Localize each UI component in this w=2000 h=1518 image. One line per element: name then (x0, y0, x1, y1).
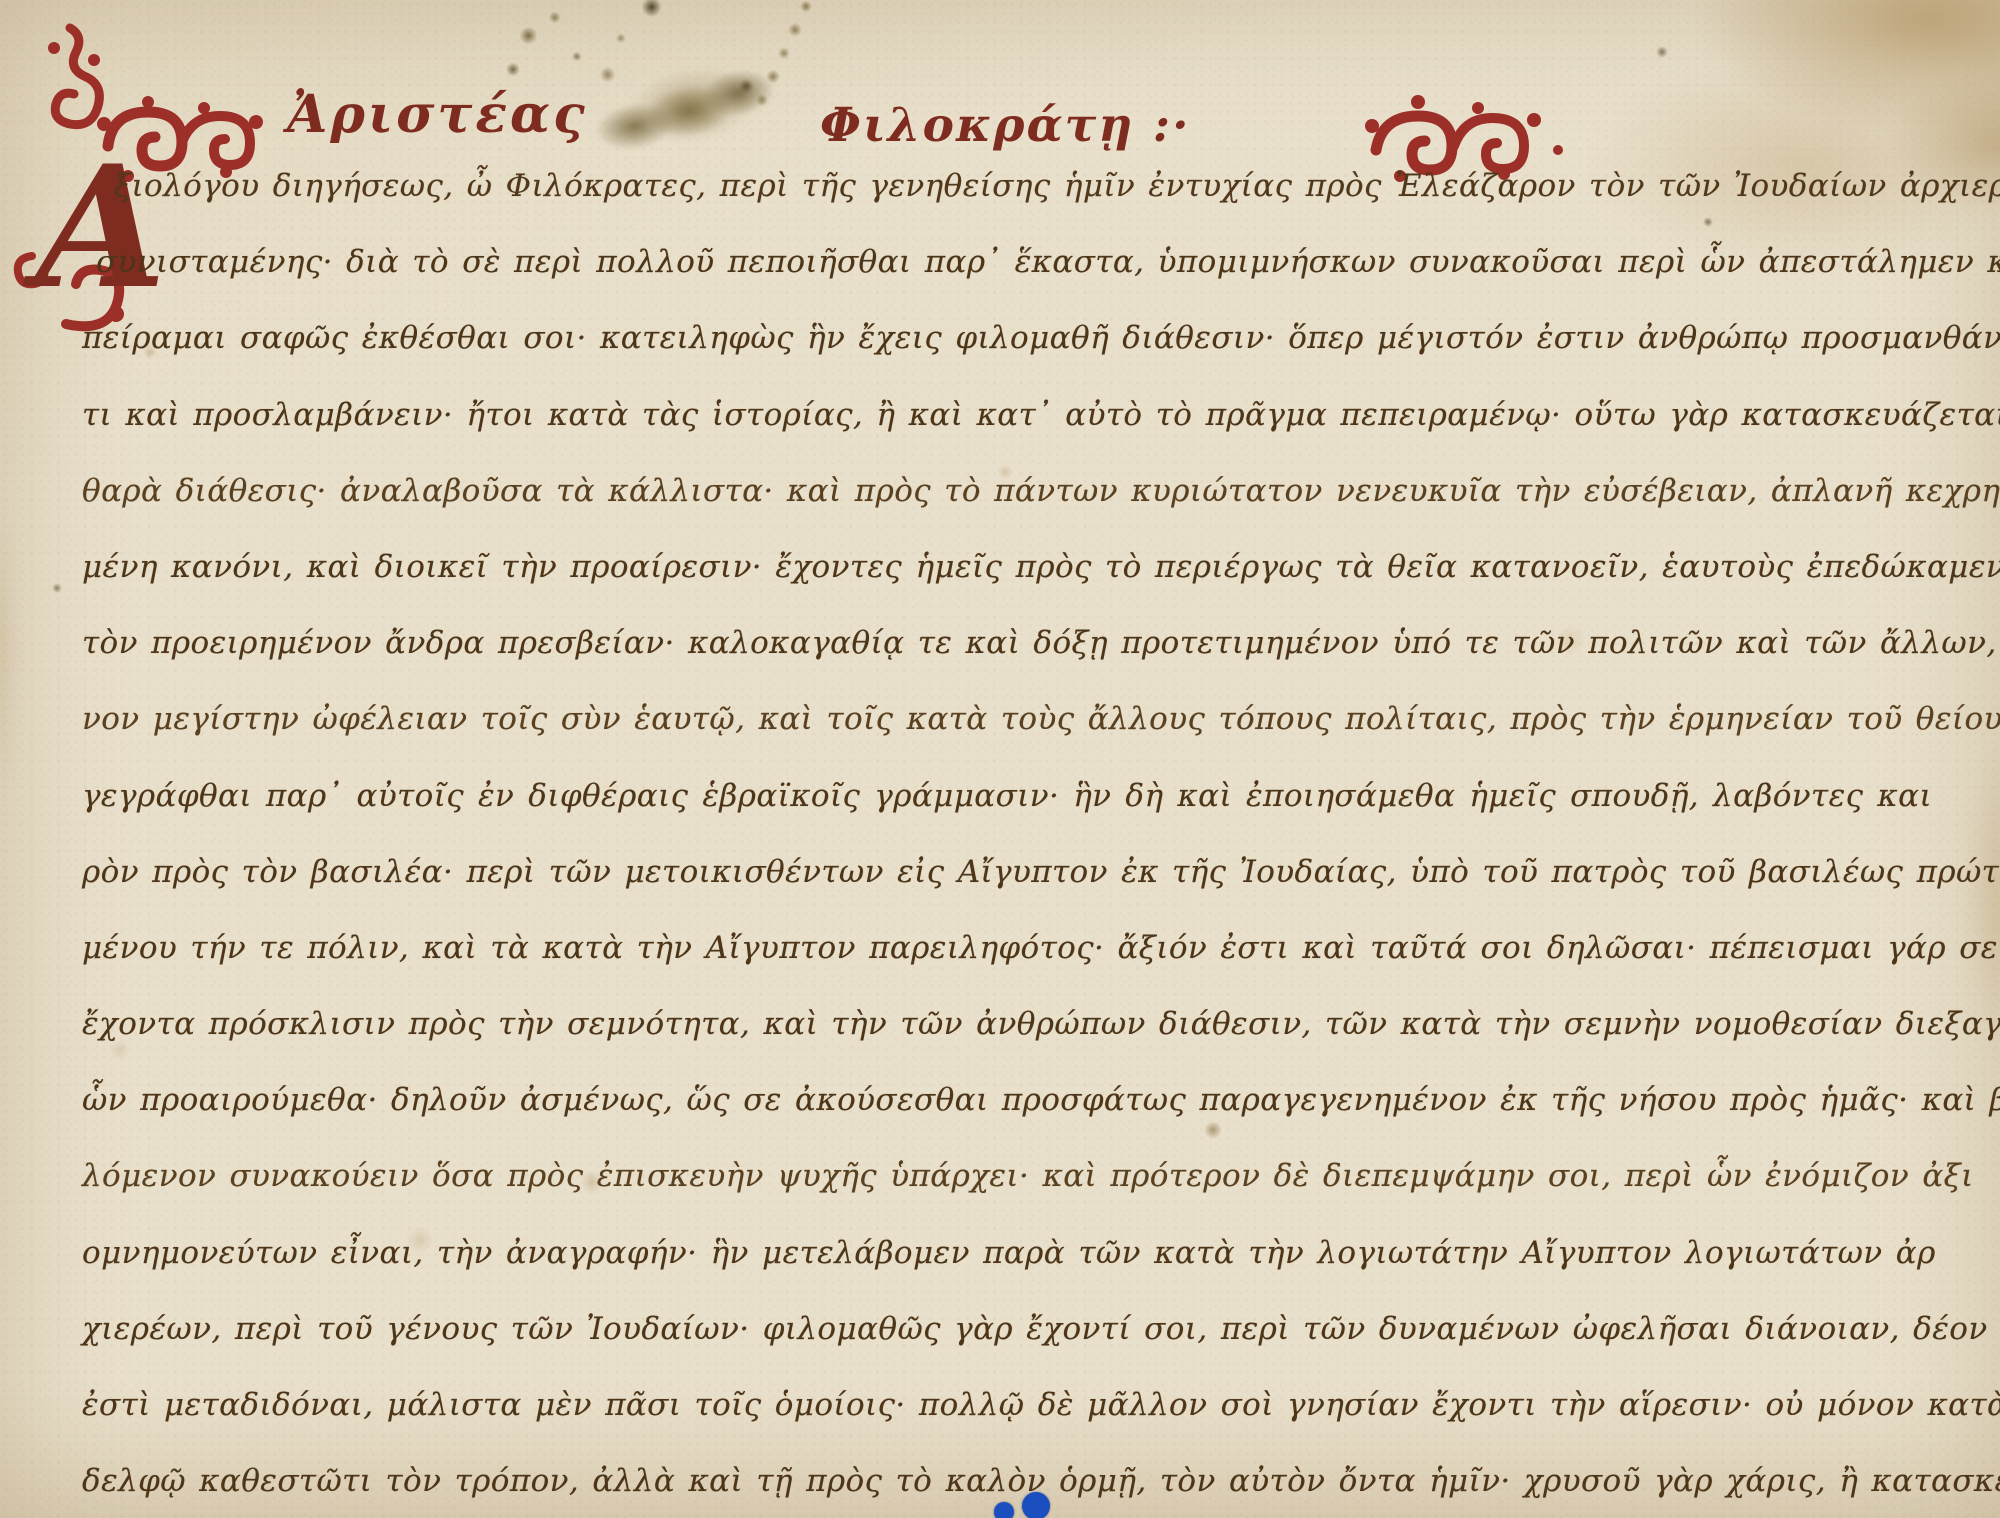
manuscript-line: θαρὰ διάθεσις· ἀναλαβοῦσα τὰ κάλλιστα· κ… (82, 453, 1932, 529)
title-aristeas: Ἀριστέας (287, 84, 588, 145)
manuscript-line: νον μεγίστην ὠφέλειαν τοῖς σὺν ἑαυτῷ, κα… (82, 681, 1932, 757)
manuscript-line: ὧν προαιρούμεθα· δηλοῦν ἀσμένως, ὥς σε ἀ… (82, 1062, 1932, 1138)
manuscript-line: μένου τήν τε πόλιν, καὶ τὰ κατὰ τὴν Αἴγυ… (82, 910, 1932, 986)
tan-stain-right-edge (1924, 690, 2000, 1110)
corner-flourish-stroke (55, 28, 99, 125)
blue-dot-artifact (1022, 1492, 1050, 1518)
manuscript-line: ἔχοντα πρόσκλισιν πρὸς τὴν σεμνότητα, κα… (82, 986, 1932, 1062)
manuscript-line: μένη κανόνι, καὶ διοικεῖ τὴν προαίρεσιν·… (82, 529, 1932, 605)
manuscript-line: λόμενον συνακούειν ὅσα πρὸς ἐπισκευὴν ψυ… (82, 1138, 1932, 1214)
manuscript-line: συνισταμένης· διὰ τὸ σὲ περὶ πολλοῦ πεπο… (82, 224, 1932, 300)
manuscript-line: ξιολόγου διηγήσεως, ὦ Φιλόκρατες, περὶ τ… (82, 148, 1932, 224)
manuscript-line: τὸν προειρημένον ἄνδρα πρεσβείαν· καλοκα… (82, 605, 1932, 681)
manuscript-page: Α Ἀριστέας Φιλοκράτῃ :· ξιολόγου διηγήσε… (0, 0, 2000, 1518)
tan-stain-left-edge (0, 470, 44, 830)
title-philokrates: Φιλοκράτῃ :· (820, 98, 1191, 153)
manuscript-line: τι καὶ προσλαμβάνειν· ἤτοι κατὰ τὰς ἱστο… (82, 377, 1932, 453)
manuscript-line: ἐστὶ μεταδιδόναι, μάλιστα μὲν πᾶσι τοῖς … (82, 1367, 1932, 1443)
manuscript-line: πείραμαι σαφῶς ἐκθέσθαι σοι· κατειληφὼς … (82, 300, 1932, 376)
ink-smudge-streak (718, 0, 828, 126)
blue-dot-artifact (994, 1502, 1014, 1518)
manuscript-line: ομνημονεύτων εἶναι, τὴν ἀναγραφήν· ἣν με… (82, 1215, 1932, 1291)
manuscript-line: γεγράφθαι παρ᾽ αὐτοῖς ἐν διφθέραις ἑβραϊ… (82, 758, 1932, 834)
manuscript-line: ρὸν πρὸς τὸν βασιλέα· περὶ τῶν μετοικισθ… (82, 834, 1932, 910)
manuscript-line: χιερέων, περὶ τοῦ γένους τῶν Ἰουδαίων· φ… (82, 1291, 1932, 1367)
manuscript-text-block: ξιολόγου διηγήσεως, ὦ Φιλόκρατες, περὶ τ… (82, 148, 1932, 1518)
